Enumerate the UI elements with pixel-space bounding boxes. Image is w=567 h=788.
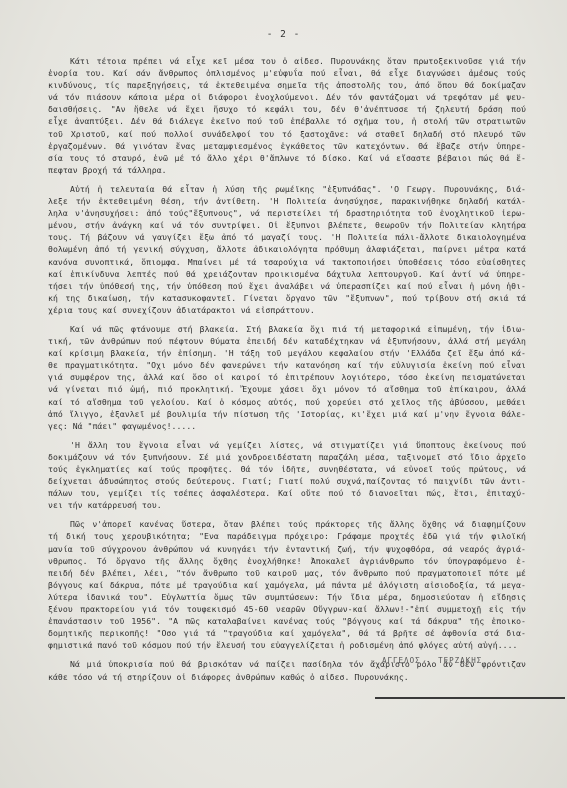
paragraph: Πῶς ν'ἀπορεῖ κανένας ὕστερα, ὅταν βλέπει…: [48, 518, 526, 651]
text-line: τους. Τή βάζουν νά γαυγίζει ἔξω ἀπό τό μ…: [48, 231, 526, 243]
text-line: δαισθήσεις. "Αν ἤθελε νά ἔχει ἥσυχο τό κ…: [48, 103, 526, 115]
text-line: ἐπανάστασιν τοῦ 1956". "Α πῶς καταλαβαίν…: [48, 615, 526, 627]
text-line: ἐργαζομένων. Θά γινόταν ἕνας μεταμφιεσμέ…: [48, 140, 526, 152]
page-number: - 2 -: [0, 29, 567, 40]
text-line: λεξε τήν ἐκτεθειμένη θέση, τήν ἀντίθετη.…: [48, 195, 526, 207]
text-line: δείχνεται ἀδυσώπητος στούς δεύτερους. Γι…: [48, 475, 526, 487]
text-line: χέρια τους καί συνεχίζουν ἀδιατάρακτοι ν…: [48, 304, 526, 316]
typewritten-page: - 2 - Κάτι τέτοια πρέπει νά εἶχε κεῖ μέσ…: [0, 0, 567, 788]
paragraph: Καί νά πῶς φτάνουμε στή βλακεία. Στή βλα…: [48, 323, 526, 432]
text-line: σία τους τό σταυρό, ἐνῶ μέ τό ἄλλο χέρι …: [48, 152, 526, 164]
text-line: νά γίνεται πιό ὠμή, πιό προκλητική. Ἔχου…: [48, 383, 526, 395]
paragraph: Κάτι τέτοια πρέπει νά εἶχε κεῖ μέσα του …: [48, 55, 526, 176]
text-line: κάθε τόσο νά τή στηρίζουν οἱ διάφορες ἀν…: [48, 671, 526, 683]
text-line: γιά συμφέρον της, ἀλλά καί ὅσο οἱ καιροί…: [48, 371, 526, 383]
text-line: νει τήν κατάρρευσή του.: [48, 499, 526, 511]
text-line: δομητικῆς περικοπῆς! "Οσο γιά τά "τραγού…: [48, 627, 526, 639]
text-line: νθρωπος. Τό ὄργανο τῆς ἄλλης ὄχθης ἐνοχλ…: [48, 555, 526, 567]
text-line: ἐνορία του. Καί σάν ἄνθρωπος ὁπλισμένος …: [48, 67, 526, 79]
text-line: φημιστικά πανό τοῦ κόσμου πού τήν ἔλευσή…: [48, 639, 526, 651]
text-line: νά τόν πιάσουν κάποια μέρα οἱ διάφοροι ἐ…: [48, 91, 526, 103]
text-line: ληλα ν'ἀνησυχήσει: ἀπό τούς"ἔξυπνους", ν…: [48, 207, 526, 219]
author-signature: ΑΓΓΕΛΟΣ ΤΕΡΖΑΚΗΣ: [382, 656, 482, 665]
text-line: Καί νά πῶς φτάνουμε στή βλακεία. Στή βλα…: [48, 323, 526, 335]
text-line: ξένου πρακτορείου γιά τόν τουφεκισμό 45-…: [48, 603, 526, 615]
paragraph: Αὐτή ἡ τελευταία θά εἶταν ἡ λύση τῆς ρωμ…: [48, 183, 526, 316]
text-line: εἶχε ἀναπτύξει. Δέν θά διάλεγε ἐκεῖνο πο…: [48, 115, 526, 127]
text-line: κή της δικαίωση, τήν κατασυκοφαντεῖ. Γίν…: [48, 292, 526, 304]
text-line: Πῶς ν'ἀπορεῖ κανένας ὕστερα, ὅταν βλέπει…: [48, 518, 526, 530]
text-line: Κάτι τέτοια πρέπει νά εἶχε κεῖ μέσα του …: [48, 55, 526, 67]
text-line: κινδύνους, τίς παρεξηγήσεις, τά ἐκτεθειμ…: [48, 79, 526, 91]
text-line: βόγγους καί δάκρυα, πότε μέ τραγούδια κα…: [48, 579, 526, 591]
paragraph: 'Η ἄλλη του ἔγνοια εἶναι νά γεμίζει λίστ…: [48, 439, 526, 512]
signature-rule: [375, 697, 565, 699]
text-line: τούς ἐγκληματίες καί τούς προφῆτες. Θά τ…: [48, 463, 526, 475]
text-line: Αὐτή ἡ τελευταία θά εἶταν ἡ λύση τῆς ρωμ…: [48, 183, 526, 195]
text-line: δοκιμάζουν νά τόν ξυπνήσουν. Σέ μιά χονδ…: [48, 451, 526, 463]
text-line: τοῦ Χριστοῦ, καί πού πολλοί συνάδελφοί τ…: [48, 128, 526, 140]
text-line: τική, τῶν ἀνθρώπων πού πέφτουν θύματα ἐπ…: [48, 335, 526, 347]
text-line: πειδή δέν βλέπει, λέει, "τόν ἄνθρωπο τοῦ…: [48, 567, 526, 579]
text-line: θολωμένη ἀπό τή γενική σύγχυση, ἄλλοτε ἀ…: [48, 243, 526, 255]
text-line: θε πραγματικότητα. "Οχι μόνο δέν φανερών…: [48, 359, 526, 371]
text-line: μένου, στήν ἀνάγκη καί νά τόν συντρίψει.…: [48, 219, 526, 231]
text-line: 'Η ἄλλη του ἔγνοια εἶναι νά γεμίζει λίστ…: [48, 439, 526, 451]
text-line: κανόνα συνοπτικά, ὅπιομφα. Μπαίνει μέ τά…: [48, 256, 526, 268]
text-line: καί ἐπικίνδυνα λεπτές πού θά χρειάζονταν…: [48, 268, 526, 280]
text-line: ἀπό ἴλιγγο, ἐξανλεῖ μέ βουλιμία τήν πίστ…: [48, 408, 526, 420]
text-line: καί κρίσιμη βλακεία, τήν ἐπίσημη. 'Η τάξ…: [48, 347, 526, 359]
text-line: μανία τοῦ σύγχρονου ἀνθρώπου νά κυνηγάει…: [48, 543, 526, 555]
text-line: γες: Νά "πάει" φαγωμένος!.....: [48, 420, 526, 432]
text-line: καί τό αἴσθημα τοῦ γελοίου. Καί ὁ κόσμος…: [48, 396, 526, 408]
text-line: τήσει τήν ὑπόθεσή της, τήν ὑπόθεση πού ἔ…: [48, 280, 526, 292]
text-line: λύτερα ἰδανικά του". Εὐγλωττία ὅμως τῶν …: [48, 591, 526, 603]
text-line: τή δική τους χερουβικότητα; "Ενα παράδει…: [48, 530, 526, 542]
text-line: πεφταν βροχή τά τάλληρα.: [48, 164, 526, 176]
body-text: Κάτι τέτοια πρέπει νά εἶχε κεῖ μέσα του …: [48, 55, 526, 690]
text-line: πάλων του, γεμίζει τίς τσέπες ἀσφαλέστερ…: [48, 487, 526, 499]
